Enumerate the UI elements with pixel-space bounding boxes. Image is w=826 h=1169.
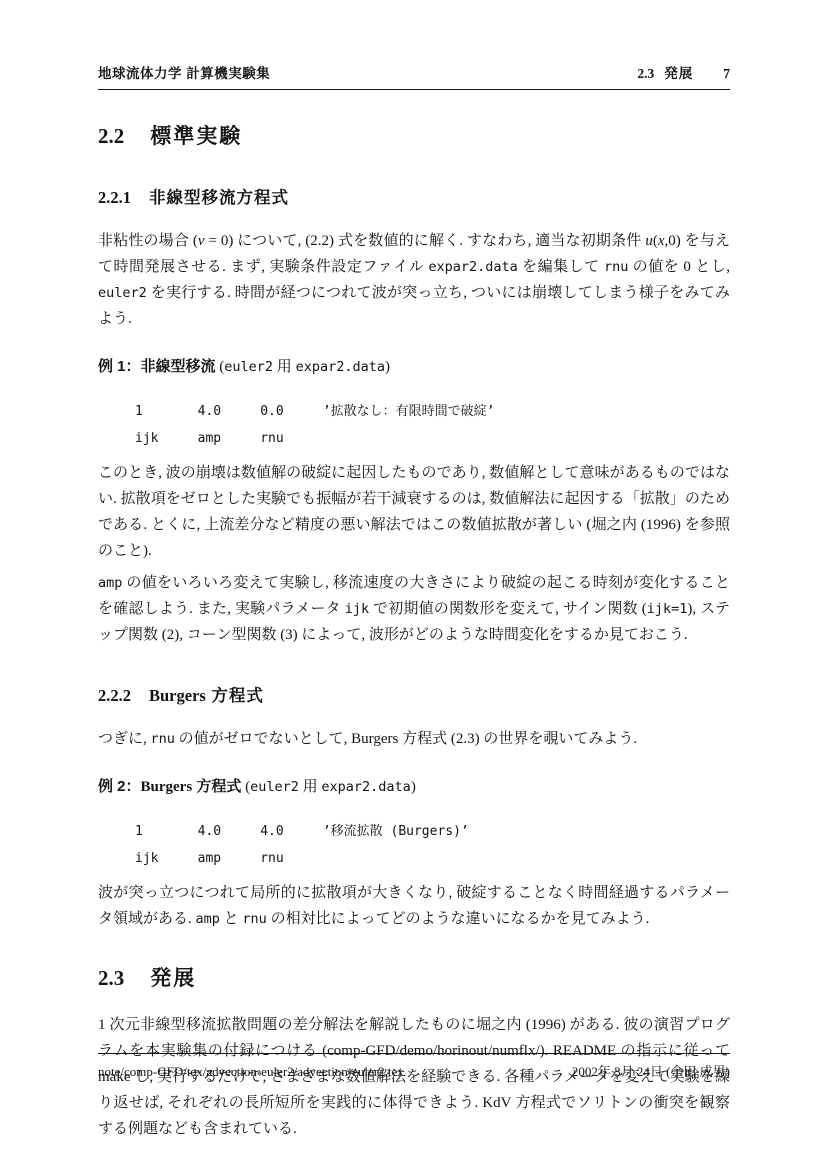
subsection-heading-2-2-1: 2.2.1 非線型移流方程式 bbox=[98, 184, 730, 208]
document-page: 地球流体力学 計算機実験集 2.3発展7 2.2 標準実験 2.2.1 非線型移… bbox=[0, 0, 826, 1169]
footer-date-author: 2002年 3月 24日 (余田 成男) bbox=[572, 1061, 730, 1080]
example-1-label: 例 1：非線型移流 (euler2 用 expar2.data) bbox=[98, 356, 730, 378]
code-block-example-1: 1 4.0 0.0 ’拡散なし：有限時間で破綻’ ijk amp rnu bbox=[135, 399, 730, 452]
footer-file-path: note/comp-GFD/tex/advection-euler2/advec… bbox=[98, 1064, 404, 1080]
header-section-ref: 2.3発展7 bbox=[637, 62, 730, 82]
section-title: 標準実験 bbox=[150, 120, 242, 150]
subsection-number: 2.2.2 bbox=[98, 686, 131, 706]
section-heading-2-2: 2.2 標準実験 bbox=[98, 120, 730, 150]
example-2-label: 例 2：Burgers 方程式 (euler2 用 expar2.data) bbox=[98, 776, 730, 798]
section-title: 発展 bbox=[150, 962, 196, 992]
page-footer: note/comp-GFD/tex/advection-euler2/advec… bbox=[98, 1053, 730, 1080]
subsection-title: 非線型移流方程式 bbox=[149, 184, 289, 208]
paragraph-burgers-behavior: 波が突っ立つにつれて局所的に拡散項が大きくなり, 破綻することなく時間経過するパ… bbox=[98, 880, 730, 932]
paragraph-numerical-breakdown: このとき, 波の崩壊は数値解の破綻に起因したものであり, 数値解として意味がある… bbox=[98, 460, 730, 564]
section-number: 2.2 bbox=[98, 124, 124, 149]
header-page-number: 7 bbox=[723, 66, 730, 81]
code-block-example-2: 1 4.0 4.0 ’移流拡散 (Burgers)’ ijk amp rnu bbox=[135, 819, 730, 872]
running-header: 地球流体力学 計算機実験集 2.3発展7 bbox=[98, 62, 730, 90]
subsection-title: Burgers 方程式 bbox=[149, 682, 264, 706]
header-doc-title: 地球流体力学 計算機実験集 bbox=[98, 62, 270, 82]
section-number: 2.3 bbox=[98, 966, 124, 991]
paragraph-advection-intro: 非粘性の場合 (ν = 0) について, (2.2) 式を数値的に解く. すなわ… bbox=[98, 228, 730, 332]
section-heading-2-3: 2.3 発展 bbox=[98, 962, 730, 992]
header-section-number: 2.3 bbox=[637, 66, 654, 81]
subsection-heading-2-2-2: 2.2.2 Burgers 方程式 bbox=[98, 682, 730, 706]
paragraph-amp-ijk-experiments: amp の値をいろいろ変えて実験し, 移流速度の大きさにより破綻の起こる時刻が変… bbox=[98, 570, 730, 648]
header-section-title: 発展 bbox=[664, 66, 693, 81]
subsection-number: 2.2.1 bbox=[98, 188, 131, 208]
paragraph-burgers-intro: つぎに, rnu の値がゼロでないとして, Burgers 方程式 (2.3) … bbox=[98, 726, 730, 752]
